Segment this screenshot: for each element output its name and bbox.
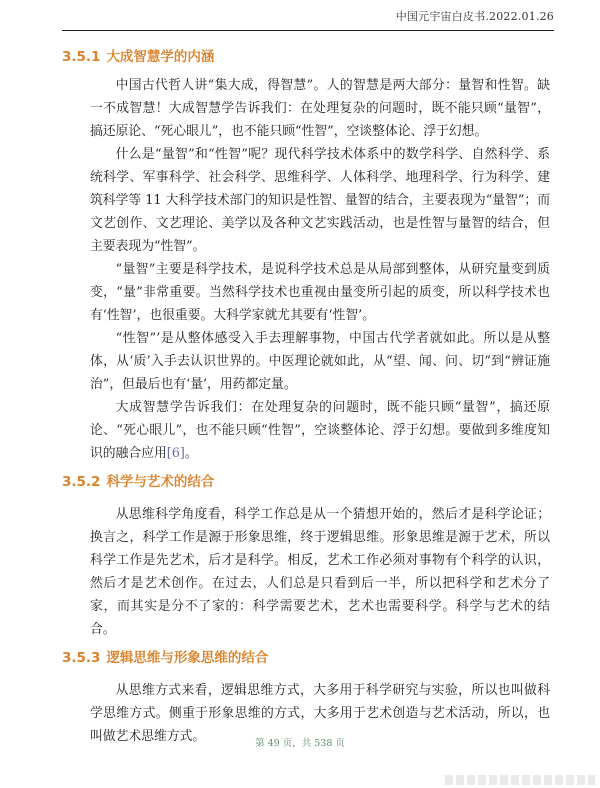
section-heading: 3.5.2科学与艺术的结合 xyxy=(62,465,550,499)
paragraph-with-reference: 大成智慧学告诉我们：在处理复杂的问题时，既不能只顾“量智”，搞还原论、“死心眼儿… xyxy=(90,396,550,465)
watermark xyxy=(445,775,595,785)
paragraph: 什么是“量智”和“性智”呢？现代科学技术体系中的数学科学、自然科学、系统科学、军… xyxy=(90,143,550,258)
paragraph: “量智”主要是科学技术，是说科学技术总是从局部到整体，从研究量变到质变，“量”非… xyxy=(90,258,550,327)
document-title: 中国元宇宙白皮书.2022.01.26 xyxy=(396,8,554,24)
paragraph: 从思维科学角度看，科学工作总是从一个猜想开始的，然后才是科学论证；换言之，科学工… xyxy=(90,503,550,641)
section-heading: 3.5.1大成智慧学的内涵 xyxy=(62,40,550,74)
page-footer: 第 49 页，共 538 页 xyxy=(0,735,600,749)
citation-link[interactable]: [6] xyxy=(167,446,185,461)
page-header: 中国元宇宙白皮书.2022.01.26 xyxy=(62,0,554,31)
section-number: 3.5.2 xyxy=(62,474,100,490)
section-3-5-1: 3.5.1大成智慧学的内涵 中国古代哲人讲“集大成，得智慧”。人的智慧是两大部分… xyxy=(90,40,550,465)
page-content: 3.5.1大成智慧学的内涵 中国古代哲人讲“集大成，得智慧”。人的智慧是两大部分… xyxy=(90,40,550,748)
paragraph: 中国古代哲人讲“集大成，得智慧”。人的智慧是两大部分：量智和性智。缺一不成智慧！… xyxy=(90,74,550,143)
section-title: 科学与艺术的结合 xyxy=(106,474,214,490)
section-heading: 3.5.3逻辑思维与形象思维的结合 xyxy=(62,641,550,675)
section-number: 3.5.3 xyxy=(62,650,100,666)
page-number: 第 49 页，共 538 页 xyxy=(255,738,345,749)
section-title: 逻辑思维与形象思维的结合 xyxy=(106,650,268,666)
section-3-5-3: 3.5.3逻辑思维与形象思维的结合 从思维方式来看，逻辑思维方式，大多用于科学研… xyxy=(90,641,550,748)
paragraph-text: 大成智慧学告诉我们：在处理复杂的问题时，既不能只顾“量智”，搞还原论、“死心眼儿… xyxy=(90,400,550,461)
section-3-5-2: 3.5.2科学与艺术的结合 从思维科学角度看，科学工作总是从一个猜想开始的，然后… xyxy=(90,465,550,641)
section-title: 大成智慧学的内涵 xyxy=(106,49,214,65)
section-number: 3.5.1 xyxy=(62,49,100,65)
punctuation: 。 xyxy=(185,446,198,461)
paragraph: “性智”’是从整体感受入手去理解事物，中国古代学者就如此。所以是从整体，从‘质’… xyxy=(90,327,550,396)
